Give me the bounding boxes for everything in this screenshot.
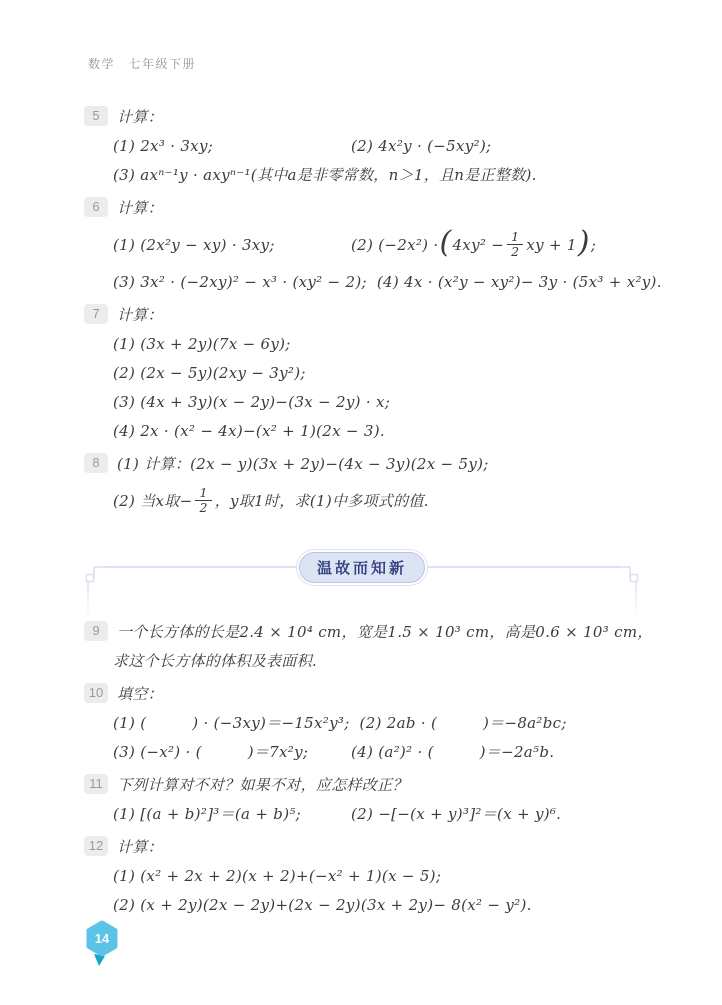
problem-11: 11 下列计算对不对？如果不对，应怎样改正？ (1) [(a + b)²]³＝(… — [84, 769, 640, 828]
problem-7-number-badge: 7 — [84, 304, 108, 324]
problem-10-item-3: (3) (−x²) · ( )＝7x²y; — [113, 741, 351, 762]
problem-9-line-2: 求这个长方体的体积及表面积. — [113, 646, 640, 675]
problem-8: 8 (1) 计算：(2x − y)(3x + 2y)−(4x − 3y)(2x … — [84, 448, 640, 523]
problem-7-title: 计算： — [117, 304, 163, 325]
banner-corner-right-ornament — [614, 565, 640, 621]
fraction-numerator: 1 — [195, 486, 211, 501]
problem-6-number-badge: 6 — [84, 197, 108, 217]
problem-12-item-1: (1) (x² + 2x + 2)(x + 2)+(−x² + 1)(x − 5… — [113, 861, 640, 890]
fraction: 12 — [195, 486, 211, 516]
big-left-paren: ( — [439, 230, 451, 256]
problem-12-title: 计算： — [117, 836, 163, 857]
problem-10-item-1: (1) ( ) · (−3xy)＝−15x²y³; — [113, 712, 360, 733]
problem-12: 12 计算： (1) (x² + 2x + 2)(x + 2)+(−x² + 1… — [84, 831, 640, 919]
problem-12-item-2: (2) (x + 2y)(2x − 2y)+(2x − 2y)(3x + 2y)… — [113, 890, 640, 919]
page-number: 14 — [95, 931, 110, 946]
page-header: 数学 七年级下册 — [88, 55, 196, 72]
problem-11-number-badge: 11 — [84, 774, 108, 794]
problem-9-line-1: 一个长方体的长是2.4 × 10⁴ cm，宽是1.5 × 10³ cm，高是0.… — [117, 621, 653, 642]
problem-6-title: 计算： — [117, 197, 163, 218]
problem-7-item-1: (1) (3x + 2y)(7x − 6y); — [113, 329, 640, 358]
problem-6-item-4: (4) 4x · (x²y − xy²)− 3y · (5x³ + x²y). — [377, 273, 662, 291]
problem-11-title: 下列计算对不对？如果不对，应怎样改正？ — [117, 774, 408, 795]
expression-part: ，y取1时，求(1)中多项式的值. — [215, 490, 429, 511]
review-banner: 温故而知新 — [84, 539, 640, 613]
problem-11-item-2: (2) −[−(x + y)³]²＝(x + y)⁶. — [351, 803, 561, 824]
problem-9: 9 一个长方体的长是2.4 × 10⁴ cm，宽是1.5 × 10³ cm，高是… — [84, 616, 640, 675]
fraction-numerator: 1 — [507, 230, 523, 245]
problem-11-item-1: (1) [(a + b)²]³＝(a + b)⁵; — [113, 803, 351, 824]
expression-part: 4xy² − — [452, 236, 504, 254]
problem-6-item-1: (1) (2x²y − xy) · 3xy; — [113, 236, 351, 254]
content: 5 计算： (1) 2x³ · 3xy; (2) 4x²y · (−5xy²);… — [84, 98, 640, 919]
problem-10-item-2: (2) 2ab · ( )＝−8a²bc; — [360, 712, 567, 733]
review-banner-label: 温故而知新 — [299, 552, 425, 583]
fraction: 12 — [507, 230, 523, 260]
problem-8-number-badge: 8 — [84, 453, 108, 473]
problem-7-item-4: (4) 2x · (x² − 4x)−(x² + 1)(2x − 3). — [113, 416, 640, 445]
expression-part: xy + 1 — [526, 236, 576, 254]
fraction-denominator: 2 — [195, 501, 211, 515]
page-number-badge: 14 — [84, 920, 122, 968]
problem-5-number-badge: 5 — [84, 106, 108, 126]
problem-10-number-badge: 10 — [84, 683, 108, 703]
problem-12-number-badge: 12 — [84, 836, 108, 856]
problem-5-item-2: (2) 4x²y · (−5xy²); — [351, 137, 491, 155]
expression-part: (2) (−2x²) · — [351, 236, 438, 254]
problem-5-item-3: (3) axⁿ⁻¹y · axyⁿ⁻¹(其中a是非零常数，n＞1，且n是正整数)… — [113, 160, 640, 189]
expression-part: (2) 当x取− — [113, 490, 192, 511]
problem-10-title: 填空： — [117, 683, 163, 704]
problem-6-item-2: (2) (−2x²) · (4xy² − 12xy + 1); — [351, 230, 596, 260]
expression-part: ; — [591, 236, 596, 254]
problem-6-item-3: (3) 3x² · (−2xy)² − x³ · (xy² − 2); — [113, 273, 377, 291]
problem-10-item-4: (4) (a²)² · ( )＝−2a⁵b. — [351, 741, 554, 762]
problem-8-item-1: (1) 计算：(2x − y)(3x + 2y)−(4x − 3y)(2x − … — [117, 453, 489, 474]
fraction-denominator: 2 — [507, 245, 523, 259]
problem-5-title: 计算： — [117, 106, 163, 127]
problem-6: 6 计算： (1) (2x²y − xy) · 3xy; (2) (−2x²) … — [84, 192, 640, 296]
problem-7-item-3: (3) (4x + 3y)(x − 2y)−(3x − 2y) · x; — [113, 387, 640, 416]
problem-8-item-2: (2) 当x取−12，y取1时，求(1)中多项式的值. — [113, 478, 640, 523]
problem-9-number-badge: 9 — [84, 621, 108, 641]
textbook-page: 数学 七年级下册 5 计算： (1) 2x³ · 3xy; (2) 4x²y ·… — [0, 0, 722, 1005]
big-right-paren: ) — [578, 230, 590, 256]
problem-10: 10 填空： (1) ( ) · (−3xy)＝−15x²y³; (2) 2ab… — [84, 678, 640, 766]
problem-5: 5 计算： (1) 2x³ · 3xy; (2) 4x²y · (−5xy²);… — [84, 101, 640, 189]
problem-7: 7 计算： (1) (3x + 2y)(7x − 6y); (2) (2x − … — [84, 299, 640, 445]
problem-5-item-1: (1) 2x³ · 3xy; — [113, 137, 351, 155]
banner-corner-left-ornament — [84, 565, 110, 621]
problem-7-item-2: (2) (2x − 5y)(2xy − 3y²); — [113, 358, 640, 387]
